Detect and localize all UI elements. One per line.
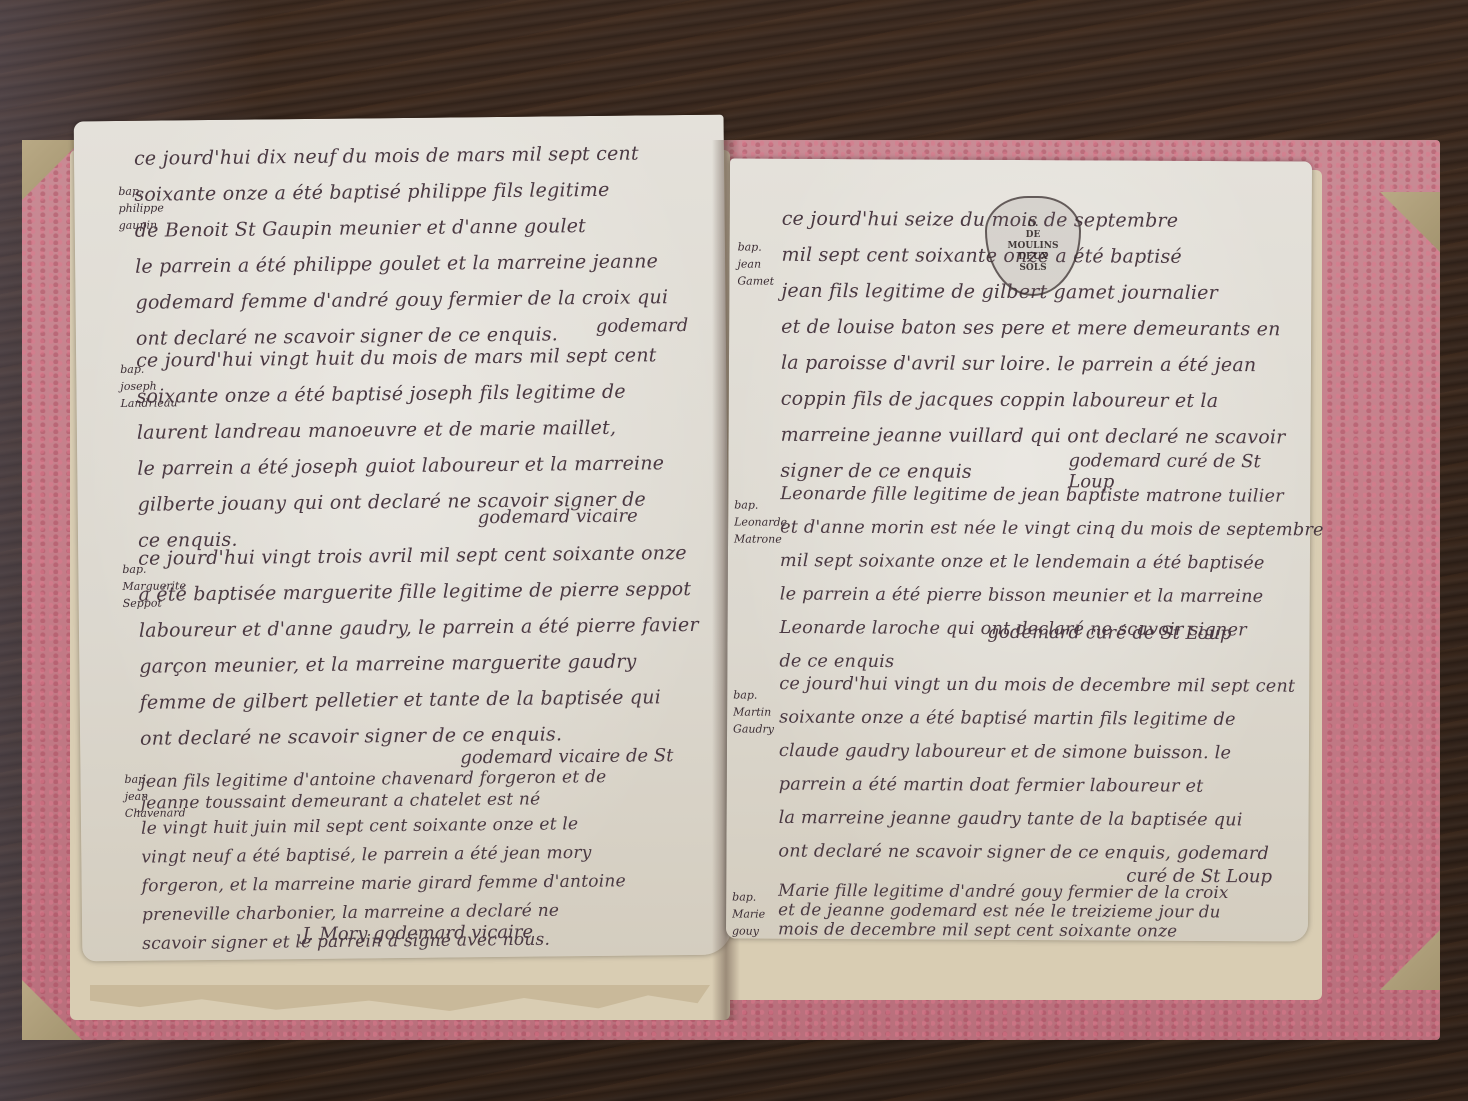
- margin-note: bap. jean Gamet: [737, 239, 781, 290]
- margin-note: bap. Martin Gaudry: [733, 687, 777, 738]
- baptism-entry: Leonarde fille legitime de jean baptiste…: [779, 477, 1324, 681]
- priest-signature: J. Mory godemard vicaire: [302, 922, 533, 945]
- priest-signature: godemard vicaire: [478, 506, 638, 529]
- baptism-entry: Marie fille legitime d'andré gouy fermie…: [778, 881, 1229, 941]
- left-page: bap. philippe gaupin ce jourd'hui dix ne…: [74, 115, 733, 962]
- priest-signature: godemard curé de St Loup: [988, 622, 1232, 644]
- baptism-entry: ce jourd'hui vingt trois avril mil sept …: [138, 535, 700, 757]
- margin-note: bap. Marie gouy: [732, 889, 776, 940]
- priest-signature: godemard: [596, 315, 689, 337]
- baptism-entry: ce jourd'hui dix neuf du mois de mars mi…: [134, 135, 669, 357]
- baptism-entry: ce jourd'hui vingt un du mois de decembr…: [778, 667, 1295, 871]
- priest-signature: godemard vicaire de St: [460, 745, 673, 768]
- margin-note: bap. Leonarde Matrone: [734, 497, 778, 548]
